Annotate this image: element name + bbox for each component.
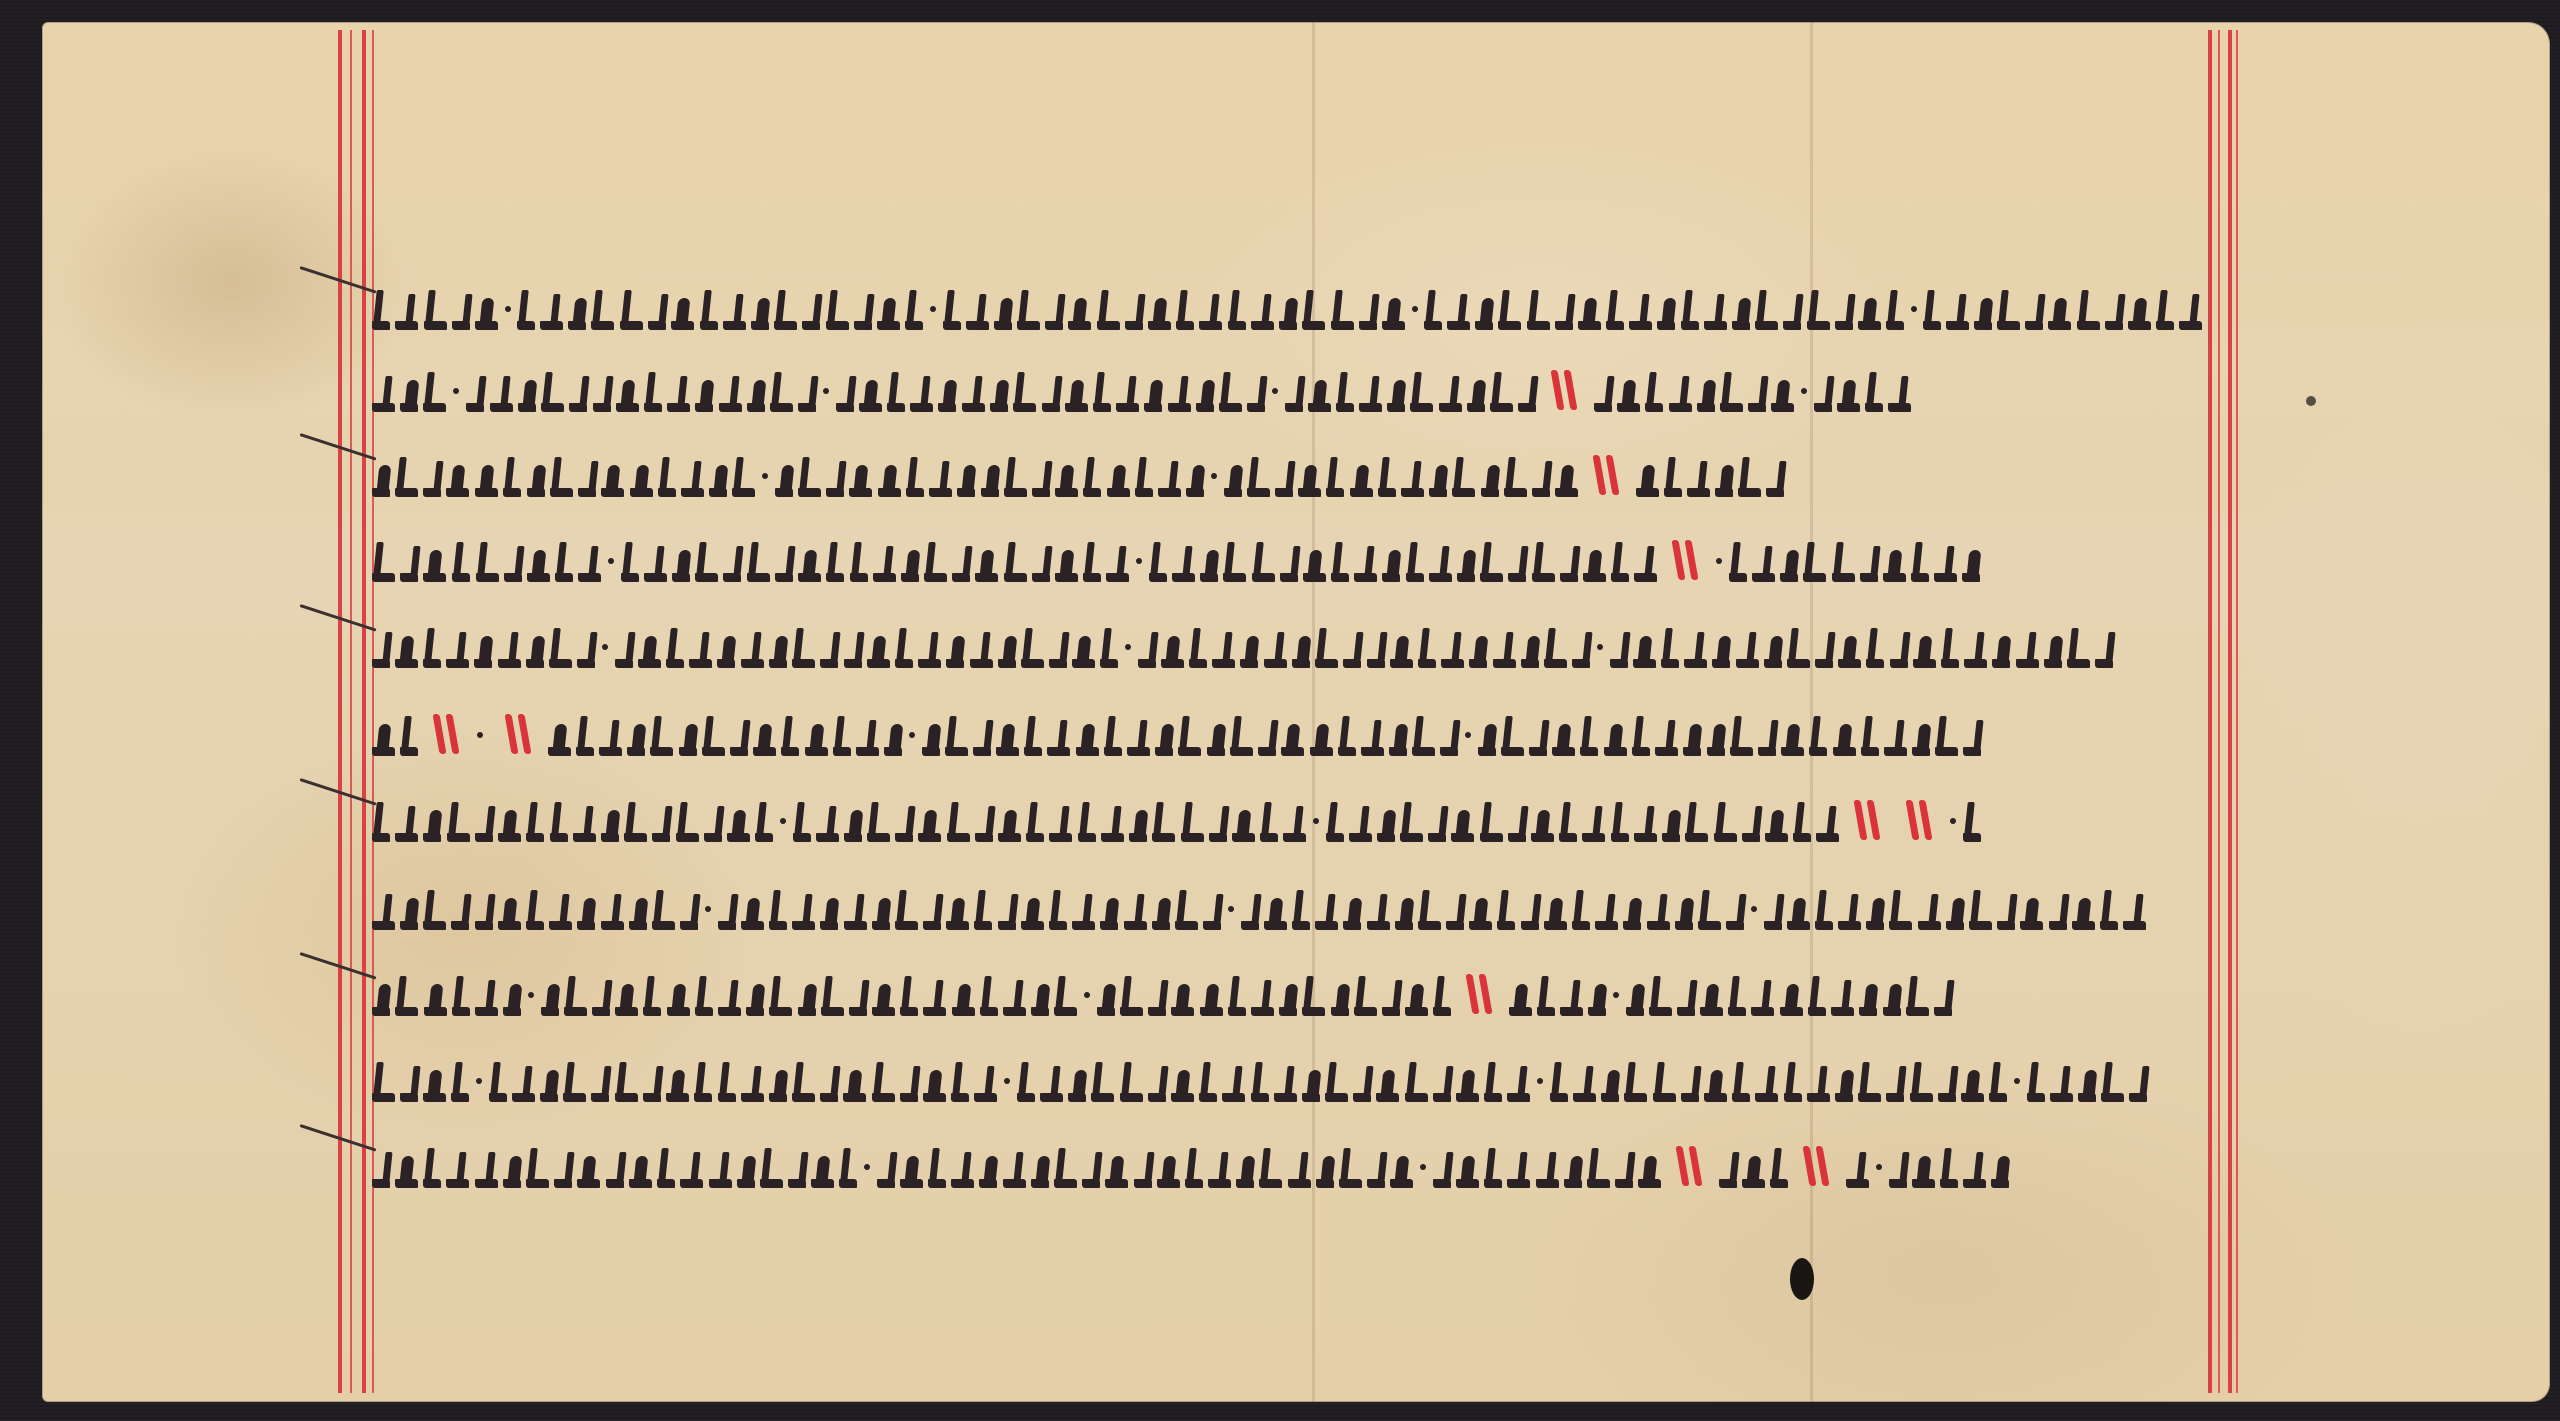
word-segment [1481,451,1578,497]
script-glyph [1732,290,1750,330]
script-glyph [867,628,890,668]
word-segment [1611,796,1708,842]
script-glyph [2048,290,2071,330]
script-glyph [446,628,469,668]
visarga-dot [761,451,769,497]
script-glyph [1997,290,2020,330]
script-glyph [452,290,470,330]
script-glyph [1934,976,1952,1016]
script-glyph [957,457,975,497]
script-glyph [2179,290,2202,330]
word-segment [1181,796,1306,842]
script-glyph [826,457,844,497]
script-glyph [1280,542,1298,582]
script-glyph [1152,890,1170,930]
script-glyph [1185,1148,1203,1188]
script-glyph [1531,802,1554,842]
script-glyph [1963,802,1981,842]
script-glyph [1200,976,1223,1016]
script-glyph [938,372,956,412]
script-glyph [1446,890,1464,930]
word-segment [718,884,838,930]
script-glyph [849,457,872,497]
script-glyph [1279,976,1297,1016]
script-glyph [526,890,544,930]
script-glyph [1837,372,1860,412]
script-glyph [498,802,521,842]
script-glyph [1172,542,1195,582]
script-glyph [1447,290,1470,330]
word-segment [775,451,872,497]
script-glyph [1004,457,1027,497]
script-glyph [1726,890,1744,930]
script-glyph [1105,1148,1128,1188]
script-glyph [1860,542,1878,582]
script-glyph [1729,542,1747,582]
script-glyph [1866,890,1884,930]
script-glyph [1042,372,1060,412]
script-glyph [2016,628,2039,668]
word-segment [1331,284,1405,330]
word-segment [1626,970,1774,1016]
red-double-danda [506,708,532,756]
script-glyph [694,1062,712,1102]
script-glyph [615,1062,638,1102]
dark-spot [2306,396,2316,406]
script-glyph [798,976,816,1016]
script-glyph [1946,890,1964,930]
script-glyph [400,542,418,582]
script-glyph [994,290,1012,330]
script-glyph [624,802,647,842]
word-segment [498,622,595,668]
script-glyph [1350,457,1373,497]
script-glyph [918,628,941,668]
word-segment [850,536,998,582]
visarga-dot [822,366,830,412]
word-segment [372,1056,469,1102]
script-glyph [741,890,764,930]
script-glyph [1013,372,1036,412]
red-double-danda [1467,968,1493,1016]
script-glyph [1923,290,1941,330]
script-glyph [554,1148,572,1188]
visarga-dot [1210,451,1218,497]
manuscript-line [372,770,2202,842]
script-glyph [1595,890,1618,930]
visarga-dot [1312,796,1320,842]
word-segment [1478,710,1598,756]
script-glyph [400,890,418,930]
script-glyph [998,628,1016,668]
script-glyph [1200,542,1218,582]
script-glyph [423,372,446,412]
script-glyph [769,976,792,1016]
script-glyph [1292,890,1310,930]
script-glyph [550,457,573,497]
script-glyph [503,976,521,1016]
script-glyph [990,372,1008,412]
script-glyph [1418,890,1441,930]
script-glyph [667,976,690,1016]
script-glyph [1664,457,1682,497]
script-glyph [423,1062,446,1102]
script-glyph [2025,290,2043,330]
script-glyph [1677,976,1695,1016]
script-glyph [1833,716,1856,756]
script-glyph [1395,890,1413,930]
word-segment [1288,1142,1413,1188]
script-glyph [1405,976,1428,1016]
script-glyph [702,716,725,756]
script-glyph [666,1062,689,1102]
word-segment [1647,884,1744,930]
right-margin-red-rule [2218,30,2220,1393]
script-glyph [775,457,793,497]
word-segment [1923,284,2071,330]
script-glyph [844,890,867,930]
word-segment [1076,710,1201,756]
script-glyph [1467,372,1485,412]
script-glyph [952,976,975,1016]
script-glyph [1992,628,2010,668]
script-glyph [1698,890,1721,930]
script-glyph [1376,1062,1399,1102]
script-glyph [1024,716,1042,756]
word-segment [1604,710,1701,756]
word-segment [447,796,544,842]
word-segment [947,796,1072,842]
script-glyph [1316,1148,1334,1188]
script-glyph [1626,976,1644,1016]
red-double-danda [434,708,460,756]
manuscript-line [372,425,2202,497]
script-glyph [798,542,821,582]
script-glyph [1021,628,1044,668]
word-segment [1532,536,1657,582]
script-glyph [1934,542,1957,582]
script-glyph [1247,457,1270,497]
script-glyph [400,1062,418,1102]
script-glyph [923,890,941,930]
word-segment [452,536,470,582]
script-glyph [788,1148,806,1188]
word-segment [1264,622,1361,668]
script-glyph [1003,1148,1026,1188]
script-glyph [541,976,559,1016]
script-glyph [747,372,765,412]
script-glyph [979,1148,997,1188]
script-glyph [900,976,918,1016]
script-glyph [638,628,661,668]
script-glyph [1382,976,1400,1016]
script-glyph [568,290,586,330]
script-glyph [2067,628,2090,668]
script-glyph [1962,542,1980,582]
word-segment [601,884,698,930]
script-glyph [372,290,390,330]
script-glyph [1116,372,1139,412]
script-glyph [540,290,563,330]
script-glyph [849,976,867,1016]
script-glyph [1148,290,1171,330]
script-glyph [1315,890,1338,930]
script-glyph [1230,716,1253,756]
script-glyph [1742,802,1760,842]
script-glyph [1504,457,1527,497]
script-glyph [1279,290,1297,330]
script-glyph [1501,716,1524,756]
word-segment [615,1056,712,1102]
script-glyph [1719,1148,1737,1188]
script-glyph [591,1062,609,1102]
word-segment [1889,1142,2009,1188]
script-glyph [1634,542,1657,582]
script-glyph [877,290,900,330]
manuscript-line [372,858,2202,930]
word-segment [372,451,469,497]
script-glyph [1247,372,1265,412]
script-glyph [549,890,572,930]
script-glyph [1555,290,1573,330]
script-glyph [951,1148,974,1188]
script-glyph [1222,1062,1245,1102]
word-segment [630,451,755,497]
script-glyph [839,1148,857,1188]
script-glyph [1529,716,1547,756]
word-segment [527,451,624,497]
script-glyph [372,716,395,756]
script-glyph [1120,1062,1143,1102]
script-glyph [1068,1062,1086,1102]
script-glyph [1003,976,1026,1016]
script-glyph [695,542,718,582]
red-double-danda [1804,1140,1830,1188]
word-segment [877,1142,997,1188]
script-glyph [615,976,638,1016]
word-segment [1764,884,1912,930]
script-glyph [1832,542,1855,582]
script-glyph [1889,890,1912,930]
word-segment [1669,366,1794,412]
script-glyph [672,542,690,582]
script-glyph [704,802,722,842]
word-segment [517,284,614,330]
script-glyph [1189,628,1207,668]
script-glyph [1049,890,1067,930]
word-segment [718,1056,866,1102]
script-glyph [923,1062,946,1102]
script-glyph [781,716,799,756]
script-glyph [1004,542,1027,582]
script-glyph [1367,890,1390,930]
script-glyph [475,890,493,930]
script-glyph [1808,976,1826,1016]
script-glyph [476,542,499,582]
script-glyph [1285,372,1303,412]
script-glyph [1149,542,1167,582]
script-glyph [372,542,395,582]
left-margin-red-rule [338,30,342,1393]
script-glyph [1766,457,1784,497]
script-glyph [549,628,572,668]
script-glyph [1861,716,1879,756]
script-glyph [592,976,610,1016]
script-glyph [1223,542,1246,582]
script-glyph [816,802,839,842]
script-glyph [1412,716,1435,756]
word-segment [1883,970,1952,1016]
script-glyph [798,372,816,412]
script-glyph [821,976,844,1016]
script-glyph [395,1148,418,1188]
word-segment [1406,536,1526,582]
script-glyph [1054,1148,1077,1188]
word-segment [466,366,484,412]
script-glyph [1199,1062,1217,1102]
script-glyph [1325,1062,1348,1102]
word-segment [615,622,735,668]
word-segment [1550,1056,1647,1102]
script-glyph [695,372,713,412]
script-glyph [872,890,890,930]
script-glyph [423,1148,441,1188]
script-glyph [1883,976,1901,1016]
script-glyph [1587,1148,1610,1188]
script-glyph [503,457,521,497]
script-glyph [1578,290,1601,330]
word-segment [1241,884,1361,930]
script-glyph [424,976,447,1016]
script-glyph [924,542,947,582]
script-glyph [1101,802,1124,842]
script-glyph [615,628,633,668]
script-glyph [1544,890,1567,930]
word-segment [1200,970,1325,1016]
script-glyph [1326,802,1344,842]
script-glyph [1751,976,1774,1016]
script-glyph [1433,1062,1451,1102]
script-glyph [1207,716,1225,756]
script-glyph [1428,802,1446,842]
script-glyph [512,1062,535,1102]
word-segment [1134,1142,1282,1188]
script-glyph [975,802,993,842]
script-glyph [498,628,521,668]
script-glyph [836,372,854,412]
script-glyph [1780,542,1798,582]
script-glyph [475,1148,498,1188]
script-glyph [2077,290,2100,330]
script-glyph [1259,1148,1282,1188]
right-margin-red-rule [2208,30,2212,1393]
script-glyph [1629,290,1652,330]
script-glyph [1349,802,1372,842]
word-segment [2027,1056,2147,1102]
script-glyph [1107,457,1130,497]
script-glyph [850,542,868,582]
visarga-dot [779,796,787,842]
visarga-dot [1612,970,1620,1016]
script-glyph [709,457,727,497]
script-glyph [1918,890,1941,930]
word-segment [1367,622,1487,668]
script-glyph [526,628,544,668]
script-glyph [1661,628,1679,668]
script-glyph [643,1062,661,1102]
script-glyph [1675,890,1693,930]
visarga-dot [476,710,484,756]
script-glyph [474,628,492,668]
script-glyph [1336,372,1354,412]
script-glyph [1633,628,1656,668]
word-segment [424,284,498,330]
script-glyph [1292,628,1310,668]
script-glyph [1338,716,1356,756]
script-glyph [769,628,787,668]
script-glyph [680,1148,703,1188]
script-glyph [1359,372,1382,412]
word-segment [1846,1142,1869,1188]
script-glyph [1451,802,1474,842]
script-glyph [1527,290,1550,330]
script-glyph [1681,290,1699,330]
script-glyph [518,372,536,412]
script-glyph [527,542,550,582]
script-glyph [1712,628,1730,668]
word-segment [1224,451,1344,497]
script-glyph [741,628,764,668]
script-glyph [872,976,895,1016]
word-segment [1610,622,1730,668]
visarga-dot [1464,710,1472,756]
script-glyph [527,457,545,497]
script-glyph [1835,290,1853,330]
script-glyph [577,890,595,930]
script-glyph [1406,542,1424,582]
script-glyph [951,1062,969,1102]
script-glyph [1560,542,1578,582]
word-segment [676,796,773,842]
word-segment [424,970,521,1016]
script-glyph [1611,542,1629,582]
right-margin-red-rule [2236,30,2238,1393]
script-glyph [980,976,998,1016]
word-segment [1594,366,1663,412]
script-glyph [1742,1148,1765,1188]
script-glyph [1331,290,1354,330]
word-segment [372,1142,469,1188]
visarga-dot [863,1142,871,1188]
word-segment [998,884,1118,930]
script-glyph [1883,542,1906,582]
script-glyph [423,890,446,930]
script-glyph [578,542,601,582]
script-glyph [2078,1062,2096,1102]
script-glyph [1573,1062,1596,1102]
script-glyph [550,802,568,842]
script-glyph [1343,890,1361,930]
script-glyph [1367,628,1385,668]
word-segment [952,970,1077,1016]
script-glyph [1310,716,1333,756]
word-segment [872,1056,997,1102]
script-glyph [1065,372,1088,412]
script-glyph [629,890,647,930]
script-glyph [2123,890,2146,930]
script-glyph [1866,628,1884,668]
word-segment [679,710,799,756]
